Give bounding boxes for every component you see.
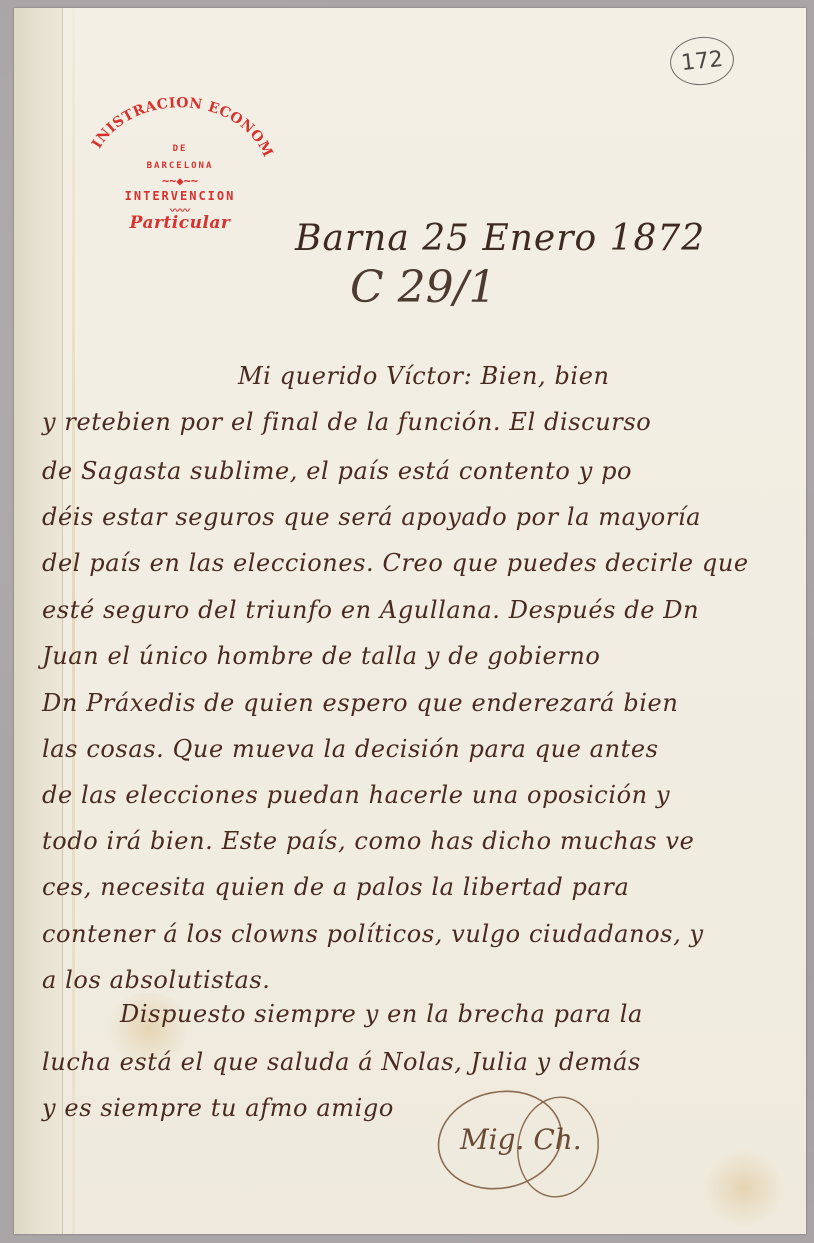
signature: Mig. Ch. bbox=[460, 1123, 582, 1156]
salutation: Mi querido Víctor: Bien, bien bbox=[238, 362, 610, 390]
body-line: contener á los clowns políticos, vulgo c… bbox=[42, 920, 704, 948]
body-line: y retebien por el final de la función. E… bbox=[42, 408, 651, 436]
closing-line: lucha está el que saluda á Nolas, Julia … bbox=[42, 1048, 641, 1076]
closing-line: Dispuesto siempre y en la brecha para la bbox=[120, 1000, 643, 1028]
body-line: Dn Práxedis de quien espero que endereza… bbox=[42, 689, 678, 717]
body-line: déis estar seguros que será apoyado por … bbox=[42, 503, 701, 531]
body-line: ces, necesita quien de a palos la libert… bbox=[42, 873, 629, 901]
reference-mark: C 29/1 bbox=[350, 262, 496, 313]
stamp-city: BARCELONA bbox=[85, 161, 275, 171]
stamp-flourish-icon: ~~◆~~ bbox=[85, 174, 275, 188]
body-line: de las elecciones puedan hacerle una opo… bbox=[42, 781, 670, 809]
body-line: de Sagasta sublime, el país está content… bbox=[42, 457, 632, 485]
official-stamp: ADMINISTRACION ECONOMICA DE BARCELONA ~~… bbox=[85, 82, 275, 222]
signature-flourish: Mig. Ch. bbox=[430, 1085, 600, 1205]
stamp-type: Particular bbox=[85, 213, 275, 233]
body-line: todo irá bien. Este país, como has dicho… bbox=[42, 827, 694, 855]
body-line: Juan el único hombre de talla y de gobie… bbox=[42, 642, 600, 670]
dateline: Barna 25 Enero 1872 bbox=[295, 218, 705, 259]
body-line: las cosas. Que mueva la decisión para qu… bbox=[42, 735, 659, 763]
body-line: a los absolutistas. bbox=[42, 966, 271, 994]
body-line: del país en las elecciones. Creo que pue… bbox=[42, 549, 749, 577]
stamp-de: DE bbox=[85, 144, 275, 154]
body-line: esté seguro del triunfo en Agullana. Des… bbox=[42, 596, 699, 624]
foxing-stain bbox=[704, 1148, 784, 1228]
stamp-office: INTERVENCION bbox=[85, 189, 275, 203]
closing-line: y es siempre tu afmo amigo bbox=[42, 1094, 394, 1122]
